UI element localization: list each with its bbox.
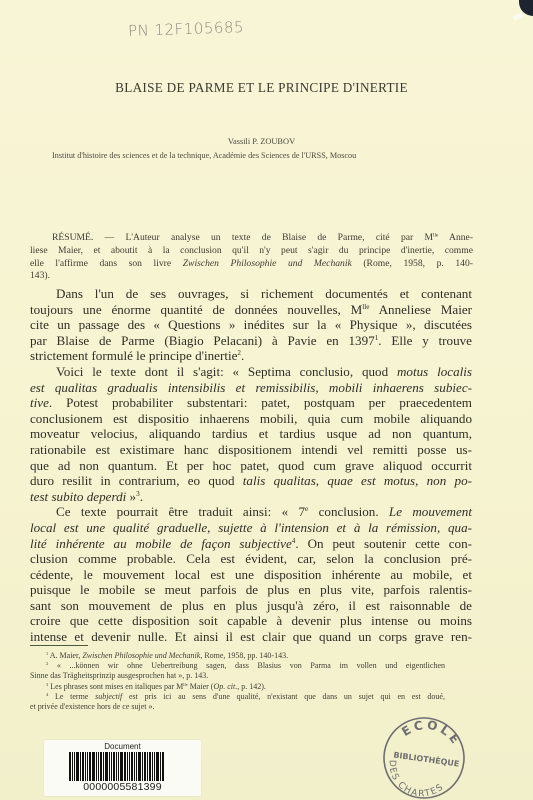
- body-line: clusion comme probable. Cela est évident…: [30, 551, 472, 567]
- footnote-separator: [30, 645, 88, 646]
- body-line: intense et devenir nulle. Et ainsi il es…: [30, 629, 472, 645]
- library-stamp-icon: ECOLE BIBLIOTHÈQUE DES CHARTES: [380, 712, 468, 800]
- footnote-line: 2 « ...können wir ohne Uebertreibung sag…: [30, 661, 445, 671]
- body-line: croire que cette disposition soit capabl…: [30, 613, 472, 629]
- body-line: moveatur velocius, aliquando tardius et …: [30, 426, 472, 442]
- body-line: Dans l'un de ses ouvrages, si richement …: [30, 286, 472, 302]
- document-page: PN 12F105685 BLAISE DE PARME ET LE PRINC…: [0, 0, 533, 800]
- stamp-middle-text: BIBLIOTHÈQUE: [393, 748, 460, 768]
- footnotes: 1 A. Maier, Zwischen Philosophie und Mec…: [30, 651, 445, 712]
- barcode-number: 0000005581399: [44, 781, 201, 793]
- body-line: que ad non quantum. Et per hoc patet, qu…: [30, 458, 472, 474]
- body-line: sant son mouvement de plus en plus jusqu…: [30, 598, 472, 614]
- body-line: lité inhérente au mobile de façon subjec…: [30, 536, 472, 552]
- article-author: Vassili P. ZOUBOV: [0, 137, 533, 146]
- body-line: cédente, le mouvement local est une disp…: [30, 567, 472, 583]
- body-line: strictement formulé le principe d'inerti…: [30, 348, 472, 364]
- body-line: Voici le texte dont il s'agit: « Septima…: [30, 364, 472, 380]
- body-line: toujours une énorme quantité de données …: [30, 302, 472, 318]
- abstract-line: elle l'affirme dans son livre Zwischen P…: [30, 258, 473, 271]
- body-line: duro resilit in contrarium, eo quod tali…: [30, 473, 472, 489]
- barcode-bars-icon: [69, 752, 176, 781]
- body-line: conclusionem est dispositio inhaerens mo…: [30, 411, 472, 427]
- footnote-line: 1 A. Maier, Zwischen Philosophie und Mec…: [30, 651, 445, 661]
- body-line: cite un passage des « Questions » inédit…: [30, 317, 472, 333]
- stamp-bottom-text: DES CHARTES: [387, 760, 447, 800]
- footnote-line: et privée d'existence hors de ce sujet »…: [30, 702, 445, 712]
- footnote-line: Sinne das Trägheitsprinzip ausgesprochen…: [30, 671, 445, 681]
- article-title: BLAISE DE PARME ET LE PRINCIPE D'INERTIE: [0, 80, 533, 96]
- body-line: tive. Potest probabiliter substentari: p…: [30, 395, 472, 411]
- body-line: Ce texte pourrait être traduit ainsi: « …: [30, 504, 472, 520]
- abstract-line: 143).: [30, 270, 473, 283]
- footnote-line: 3 Les phrases sont mises en italiques pa…: [30, 682, 445, 692]
- barcode-title: Document: [44, 742, 201, 751]
- body-line: par Blaise de Parme (Biagio Pelacani) à …: [30, 333, 472, 349]
- abstract-resume: RÉSUMÉ. — L'Auteur analyse un texte de B…: [30, 232, 473, 283]
- barcode-label: Document 0000005581399: [44, 740, 201, 796]
- body-line: est qualitas gradualis intensibilis et r…: [30, 380, 472, 396]
- handwritten-shelfmark: PN 12F105685: [128, 18, 245, 40]
- body-line: rationabile est existimare hanc disposit…: [30, 442, 472, 458]
- body-line: test subito deperdi »3.: [30, 489, 472, 505]
- page-corner-clip: [519, 0, 533, 16]
- article-body: Dans l'un de ses ouvrages, si richement …: [30, 286, 472, 645]
- abstract-line: RÉSUMÉ. — L'Auteur analyse un texte de B…: [30, 232, 473, 245]
- footnote-line: 4 Le terme subjectif est pris ici au sen…: [30, 692, 445, 702]
- body-line: puisque le mobile se meut parfois de plu…: [30, 582, 472, 598]
- author-affiliation: Institut d'histoire des sciences et de l…: [52, 151, 356, 160]
- body-line: local est une qualité graduelle, sujette…: [30, 520, 472, 536]
- svg-text:DES CHARTES: DES CHARTES: [387, 760, 447, 800]
- abstract-line: liese Maier, et aboutit à la conclusion …: [30, 245, 473, 258]
